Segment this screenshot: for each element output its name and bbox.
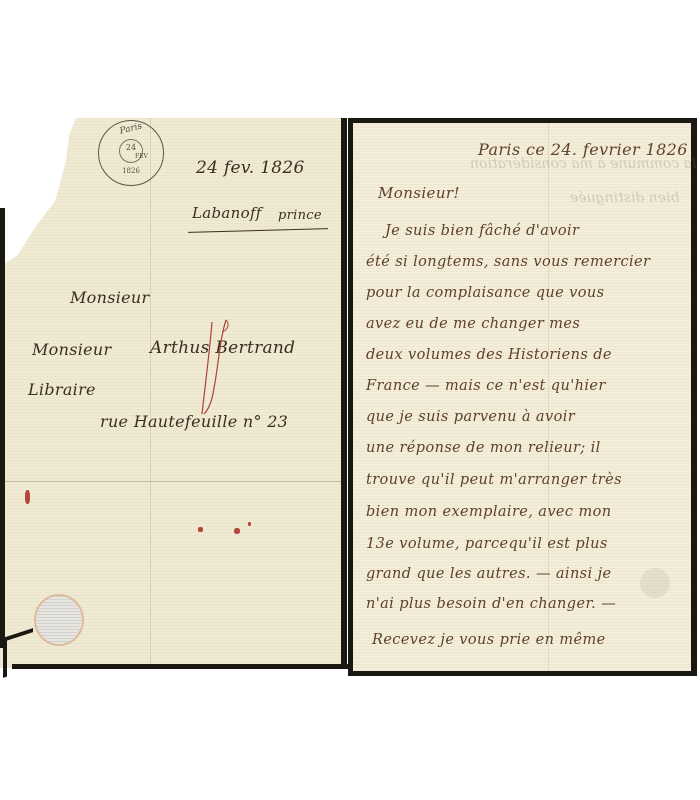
letter-line: deux volumes des Historiens de xyxy=(366,347,612,363)
red-wax-spot xyxy=(248,522,251,526)
fold-line-horizontal xyxy=(5,481,341,482)
letter-line: grand que les autres. — ainsi je xyxy=(366,566,611,582)
letter-line: Recevez je vous prie en même xyxy=(372,632,606,648)
wax-seal xyxy=(36,596,82,644)
fold-line-letter xyxy=(548,123,549,671)
letter-line: une réponse de mon relieur; il xyxy=(366,440,601,456)
paper-stain xyxy=(640,568,670,598)
letter-line: été si longtems, sans vous remercier xyxy=(366,254,650,270)
letter-line: Je suis bien fâché d'avoir xyxy=(385,223,579,239)
letter-line: pour la complaisance que vous xyxy=(366,285,604,301)
docket-title: prince xyxy=(278,208,322,223)
letter-line: France — mais ce n'est qu'hier xyxy=(366,378,606,394)
mourning-border-center xyxy=(341,118,347,668)
postmark-day: 24 xyxy=(121,143,141,152)
letter-line: que je suis parvenu à avoir xyxy=(366,409,575,425)
show-through-text: bien distinguée xyxy=(570,190,679,206)
address-salutation: Monsieur xyxy=(70,288,149,307)
letter-line: trouve qu'il peut m'arranger très xyxy=(366,472,622,488)
recipient-title: Monsieur xyxy=(32,340,111,359)
docket-date: 24 fev. 1826 xyxy=(196,158,305,178)
postmark-stamp: Paris 24 FEV 1826 xyxy=(98,120,164,186)
letter-salutation: Monsieur! xyxy=(378,184,460,202)
red-wax-spot xyxy=(234,528,240,534)
letter-dateline: Paris ce 24. fevrier 1826 xyxy=(478,140,688,159)
postmark-year: 1826 xyxy=(121,167,141,175)
red-wax-spot xyxy=(198,527,203,532)
recipient-profession: Libraire xyxy=(28,380,96,399)
letter-line: bien mon exemplaire, avec mon xyxy=(366,504,611,520)
mourning-border-corner xyxy=(3,628,33,678)
recipient-address: rue Hautefeuille n° 23 xyxy=(100,412,288,431)
docket-sender: Labanoff xyxy=(192,204,262,222)
red-postage-mark xyxy=(200,318,234,418)
letter-line: 13e volume, parcequ'il est plus xyxy=(366,536,608,552)
fold-line-vertical xyxy=(150,118,151,666)
red-wax-spot xyxy=(25,490,30,504)
mourning-border-bottom xyxy=(12,664,348,669)
postmark-month: FEV xyxy=(135,153,148,160)
letter-line: n'ai plus besoin d'en changer. — xyxy=(366,596,616,612)
letter-line: avez eu de me changer mes xyxy=(366,316,580,332)
mourning-border-left xyxy=(0,208,5,648)
letter-scan: Paris 24 FEV 1826 24 fev. 1826 Labanoff … xyxy=(0,0,700,800)
